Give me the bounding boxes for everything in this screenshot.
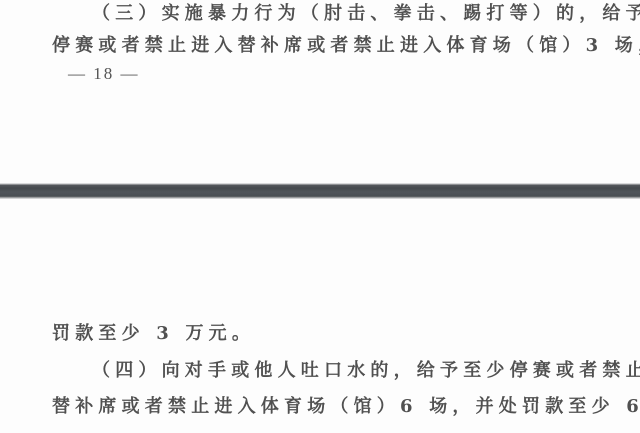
paragraph-4-line-1: （四）向对手或他人吐口水的，给予至少停赛或者禁止进入: [92, 359, 640, 383]
paragraph-3-line-2: 停赛或者禁止进入替补席或者禁止进入体育场（馆）3 场，并处: [52, 34, 640, 58]
paragraph-3-line-1: （三）实施暴力行为（肘击、拳击、踢打等）的，给予至少: [92, 2, 640, 26]
page-bottom: 罚款至少 3 万元。 （四）向对手或他人吐口水的，给予至少停赛或者禁止进入 替补…: [0, 199, 640, 433]
page-number: — 18 —: [68, 64, 140, 84]
paragraph-3-line-3: 罚款至少 3 万元。: [52, 322, 255, 346]
page-break-divider: [0, 183, 640, 200]
paragraph-4-line-2: 替补席或者禁止进入体育场（馆）6 场，并处罚款至少 6 万元。: [52, 395, 640, 419]
page-top: （三）实施暴力行为（肘击、拳击、踢打等）的，给予至少 停赛或者禁止进入替补席或者…: [0, 0, 640, 184]
